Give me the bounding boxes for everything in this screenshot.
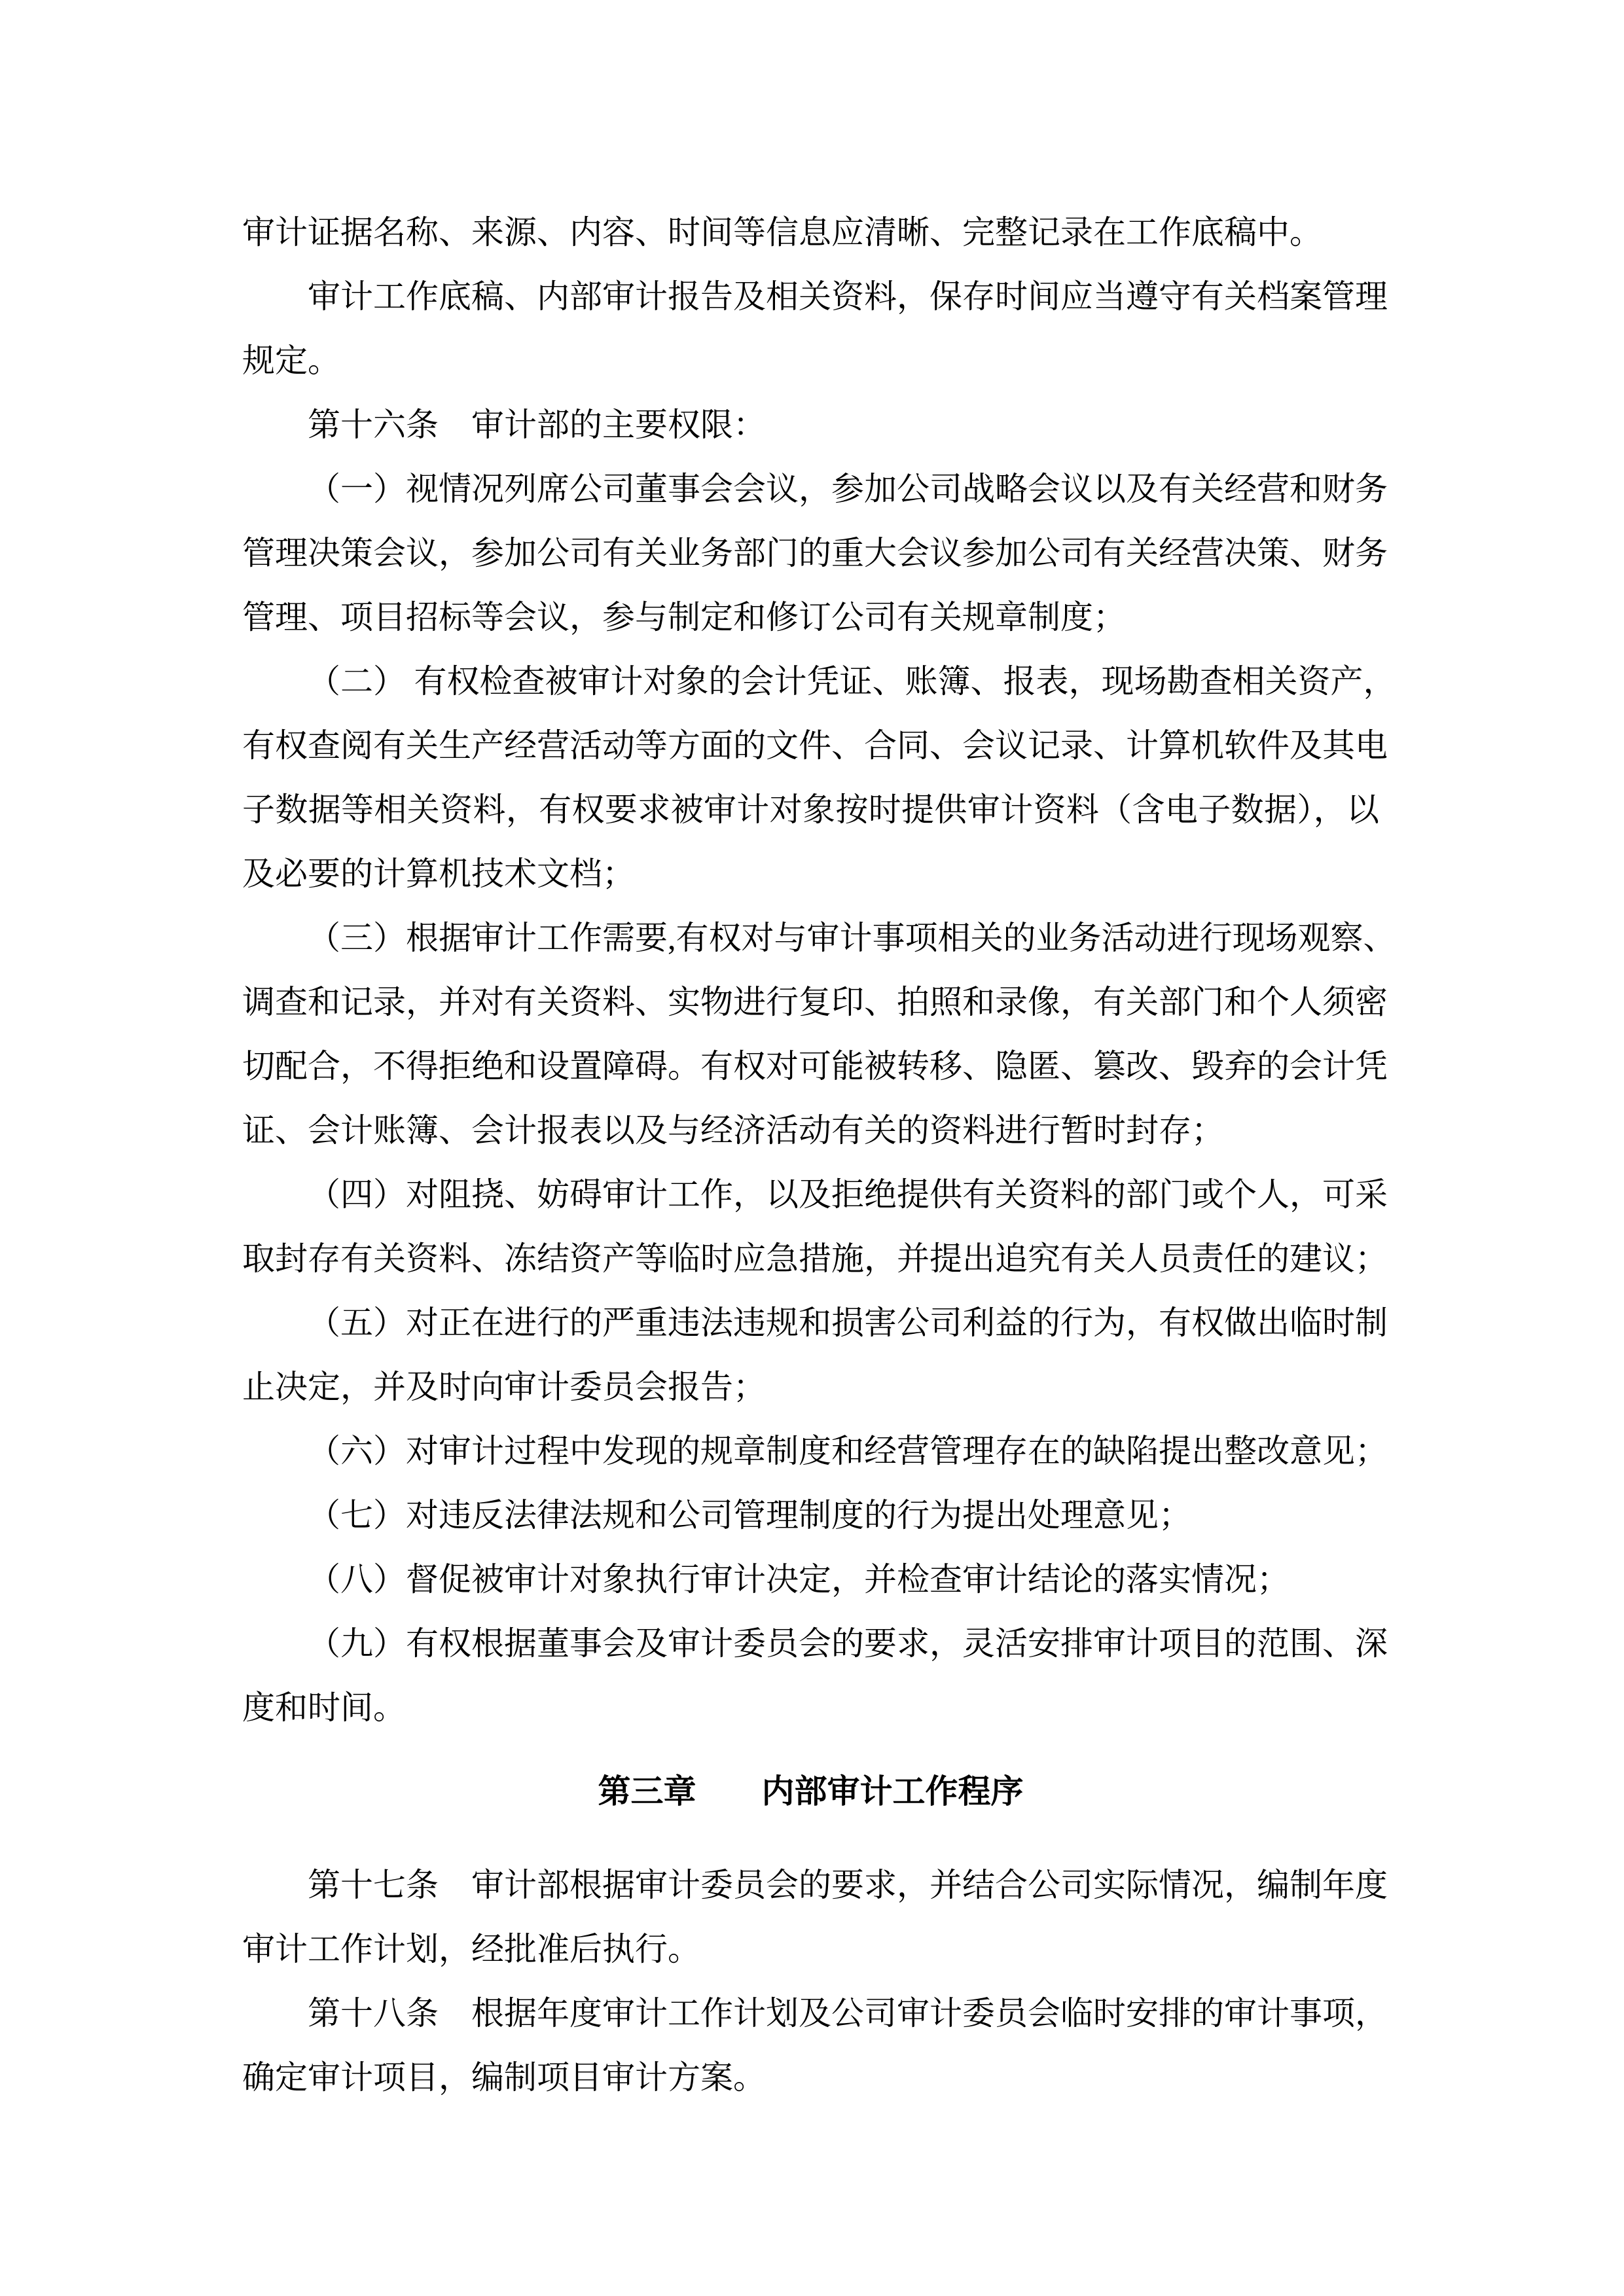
paragraph-line: 及必要的计算机技术文档； <box>242 842 1379 906</box>
paragraph-line: 管理决策会议，参加公司有关业务部门的重大会议参加公司有关经营决策、财务 <box>242 521 1379 585</box>
paragraph-line: 度和时间。 <box>242 1676 1379 1740</box>
paragraph-line: 第十八条 根据年度审计工作计划及公司审计委员会临时安排的审计事项， <box>242 1981 1379 2045</box>
paragraph-line: 管理、项目招标等会议，参与制定和修订公司有关规章制度； <box>242 585 1379 649</box>
paragraph-line: 调查和记录，并对有关资料、实物进行复印、拍照和录像，有关部门和个人须密 <box>242 970 1379 1034</box>
paragraph-line: 证、会计账簿、会计报表以及与经济活动有关的资料进行暂时封存； <box>242 1098 1379 1162</box>
paragraph-line: 切配合，不得拒绝和设置障碍。有权对可能被转移、隐匿、篡改、毁弃的会计凭 <box>242 1034 1379 1098</box>
paragraph-line: 取封存有关资料、冻结资产等临时应急措施，并提出追究有关人员责任的建议； <box>242 1227 1379 1291</box>
document-page: 审计证据名称、来源、内容、时间等信息应清晰、完整记录在工作底稿中。审计工作底稿、… <box>0 0 1624 2296</box>
paragraph-line: （五）对正在进行的严重违法违规和损害公司利益的行为，有权做出临时制 <box>242 1291 1379 1355</box>
document-text-block: 审计证据名称、来源、内容、时间等信息应清晰、完整记录在工作底稿中。审计工作底稿、… <box>242 200 1379 2109</box>
paragraph-line: （六）对审计过程中发现的规章制度和经营管理存在的缺陷提出整改意见； <box>242 1419 1379 1483</box>
paragraph-line: 审计工作计划，经批准后执行。 <box>242 1917 1379 1981</box>
paragraph-line: （一）视情况列席公司董事会会议，参加公司战略会议以及有关经营和财务 <box>242 457 1379 521</box>
paragraph-line: （九）有权根据董事会及审计委员会的要求，灵活安排审计项目的范围、深 <box>242 1611 1379 1676</box>
paragraph-line: 确定审计项目，编制项目审计方案。 <box>242 2045 1379 2109</box>
paragraph-line: （八）督促被审计对象执行审计决定，并检查审计结论的落实情况； <box>242 1547 1379 1611</box>
paragraph-line: 子数据等相关资料，有权要求被审计对象按时提供审计资料（含电子数据），以 <box>242 778 1379 842</box>
paragraph-line: （二） 有权检查被审计对象的会计凭证、账簿、报表，现场勘查相关资产， <box>242 649 1379 713</box>
paragraph-line: 第十六条 审计部的主要权限： <box>242 393 1379 457</box>
paragraph-line: 审计工作底稿、内部审计报告及相关资料，保存时间应当遵守有关档案管理 <box>242 264 1379 329</box>
paragraph-line: （四）对阻挠、妨碍审计工作，以及拒绝提供有关资料的部门或个人，可采 <box>242 1162 1379 1227</box>
chapter-heading: 第三章 内部审计工作程序 <box>242 1759 1379 1823</box>
paragraph-line: 止决定，并及时向审计委员会报告； <box>242 1355 1379 1419</box>
paragraph-line: 审计证据名称、来源、内容、时间等信息应清晰、完整记录在工作底稿中。 <box>242 200 1379 264</box>
paragraph-line: （七）对违反法律法规和公司管理制度的行为提出处理意见； <box>242 1483 1379 1547</box>
paragraph-line: （三）根据审计工作需要,有权对与审计事项相关的业务活动进行现场观察、 <box>242 906 1379 970</box>
paragraph-line: 规定。 <box>242 329 1379 393</box>
paragraph-line: 有权查阅有关生产经营活动等方面的文件、合同、会议记录、计算机软件及其电 <box>242 713 1379 778</box>
paragraph-line: 第十七条 审计部根据审计委员会的要求，并结合公司实际情况，编制年度 <box>242 1853 1379 1917</box>
